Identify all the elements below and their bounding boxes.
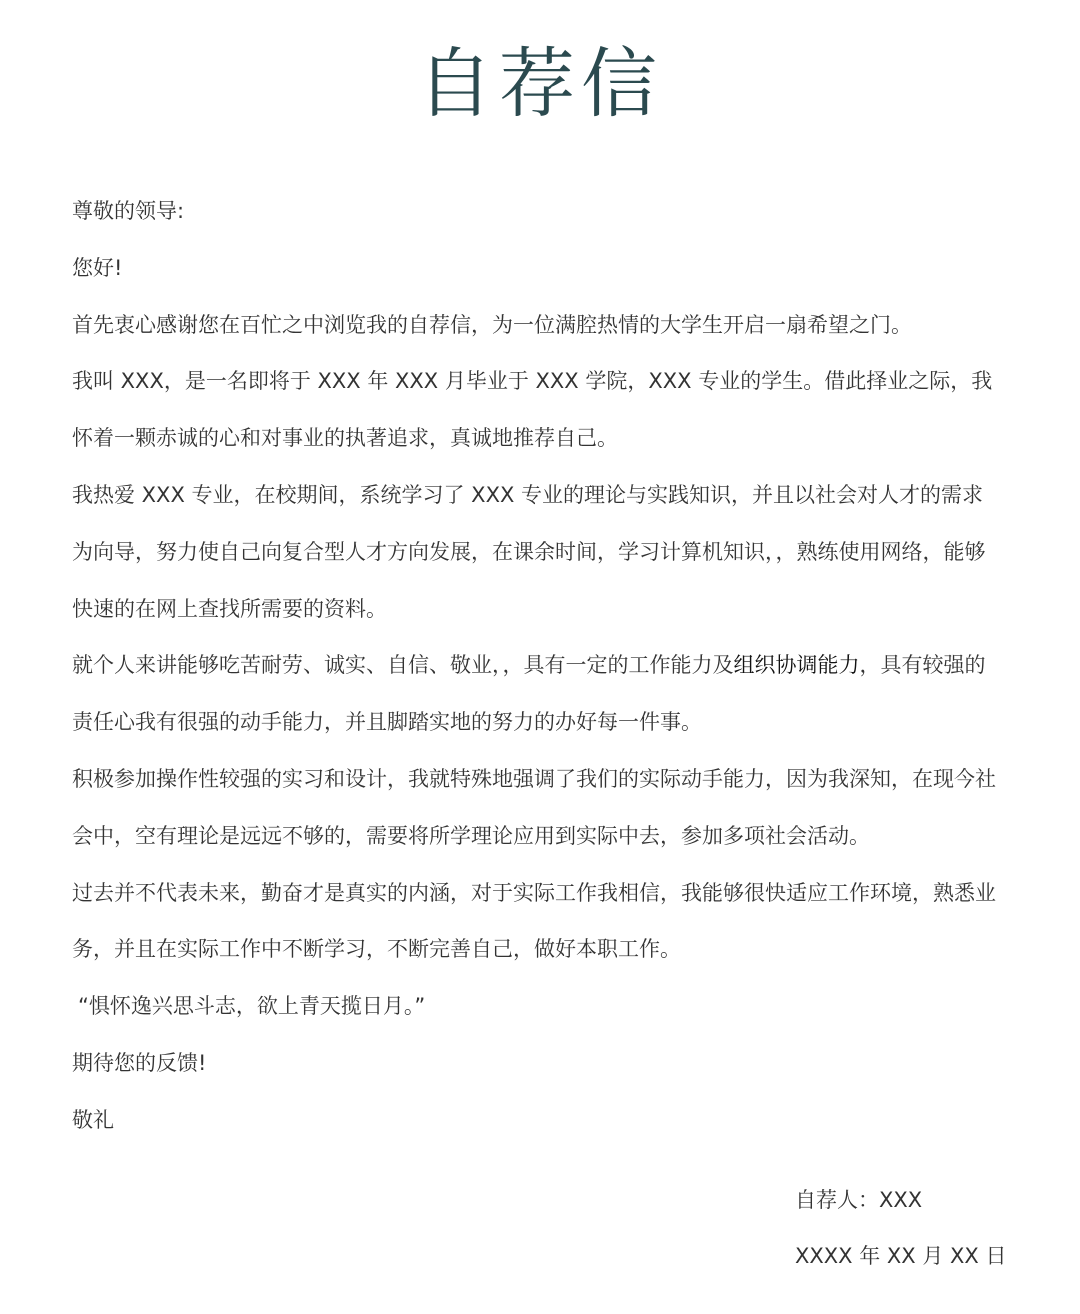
salutation: 尊敬的领导: (72, 183, 1002, 240)
paragraph-practice: 积极参加操作性较强的实习和设计，我就特殊地强调了我们的实际动手能力，因为我深知，… (72, 751, 1002, 865)
paragraph-introduction: 我叫 XXX，是一名即将于 XXX 年 XXX 月毕业于 XXX 学院，XXX … (72, 353, 1002, 467)
quote: “惧怀逸兴思斗志，欲上青天揽日月。” (72, 978, 1002, 1035)
paragraph-segment: 就个人来讲能够吃苦耐劳、诚实、自信、敬业，，具有一定的工作能力及 (72, 653, 734, 677)
signature-date: XXXX 年 XX 月 XX 日 (795, 1228, 1055, 1284)
greeting: 您好! (72, 240, 1002, 297)
paragraph-studies: 我热爱 XXX 专业，在校期间，系统学习了 XXX 专业的理论与实践知识，并且以… (72, 467, 1002, 637)
document-title: 自荐信 (0, 34, 1080, 134)
letter-body: 尊敬的领导: 您好! 首先衷心感谢您在百忙之中浏览我的自荐信，为一位满腔热情的大… (72, 183, 1002, 1149)
regards: 敬礼 (72, 1092, 1002, 1149)
signature-name: 自荐人：XXX (795, 1172, 1055, 1228)
paragraph-thanks: 首先衷心感谢您在百忙之中浏览我的自荐信，为一位满腔热情的大学生开启一扇希望之门。 (72, 297, 1002, 354)
paragraph-future: 过去并不代表未来，勤奋才是真实的内涵，对于实际工作我相信，我能够很快适应工作环境… (72, 865, 1002, 979)
highlighted-phrase: 组织协调能力 (734, 653, 860, 677)
signature-block: 自荐人：XXX XXXX 年 XX 月 XX 日 (795, 1172, 1055, 1284)
paragraph-personal-qualities: 就个人来讲能够吃苦耐劳、诚实、自信、敬业，，具有一定的工作能力及组织协调能力，具… (72, 637, 1002, 751)
closing: 期待您的反馈! (72, 1035, 1002, 1092)
